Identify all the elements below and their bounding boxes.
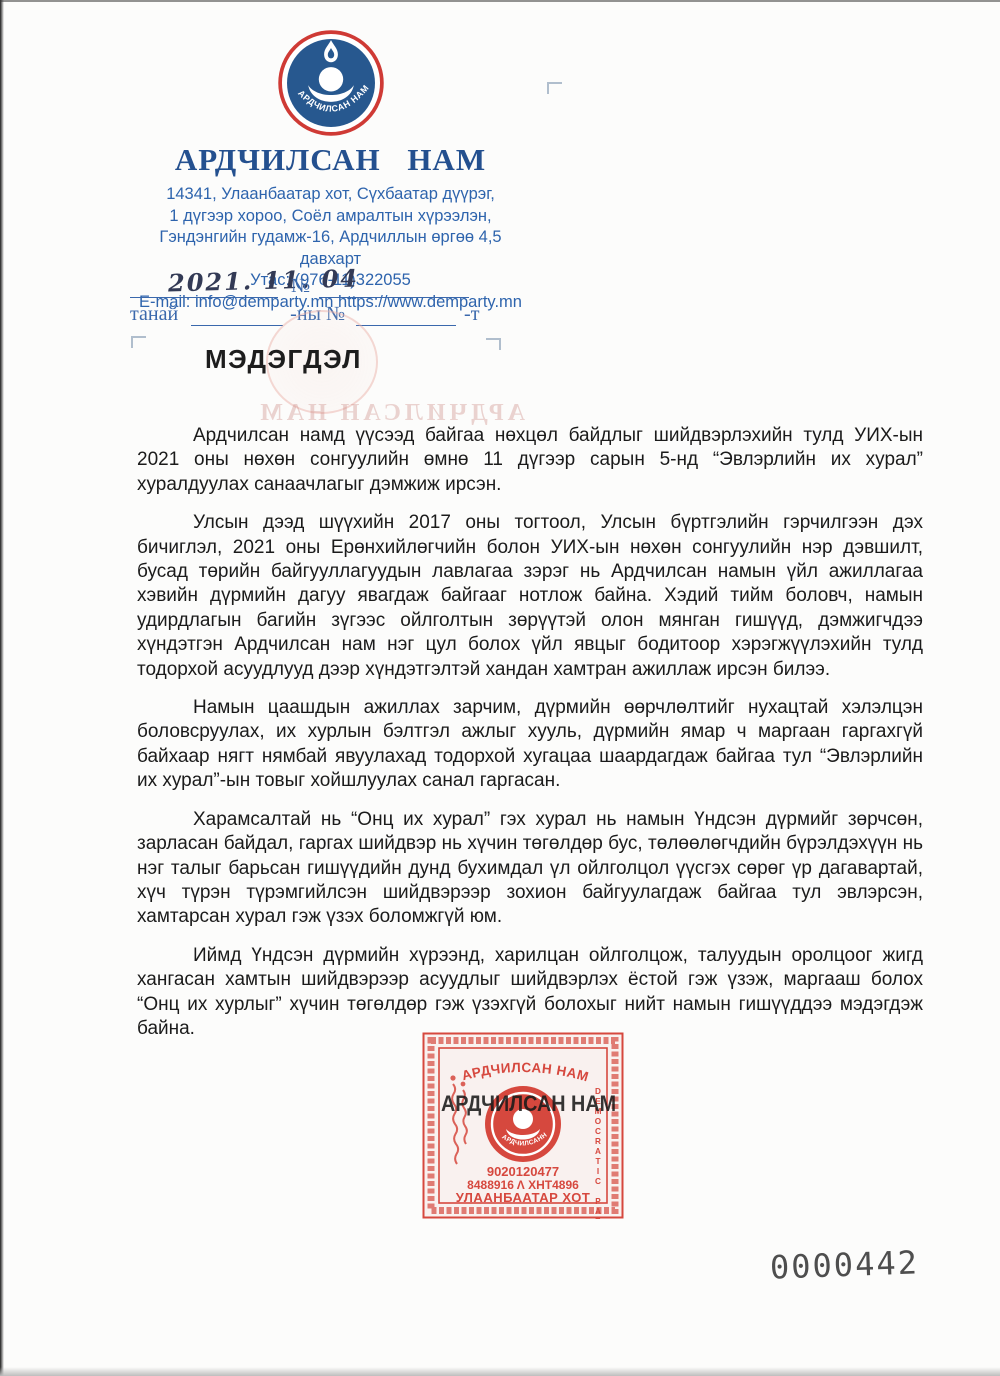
party-seal-stamp: АРДЧИЛСАН НАМ DEMOCRATIC PARTY АРДЧИЛСАН… [422, 1032, 624, 1219]
scanned-letter-page: АРДЧИЛСАН НАМ АРДЧИЛСАН НАМ 14341, Улаан… [0, 0, 1000, 1376]
scan-edge-top [0, 0, 1000, 2]
corner-mark-icon [486, 338, 501, 350]
date-blank-line [130, 279, 278, 298]
address-line: 14341, Улаанбаатар хот, Сүхбаатар дүүрэг… [133, 184, 528, 206]
party-title: АРДЧИЛСАН НАМ [133, 142, 528, 178]
body-paragraph: Улсын дээд шүүхийн 2017 оны тогтоол, Улс… [137, 511, 923, 682]
recipient-number-blank-line [356, 307, 456, 326]
corner-mark-icon [547, 82, 562, 94]
recipient-blank-line [191, 307, 283, 326]
body-paragraph: Намын цаашдын ажиллах зарчим, дүрмийн өө… [137, 696, 923, 794]
no-symbol: № [291, 275, 310, 297]
date-number-row: № [130, 275, 469, 298]
scan-edge-bottom [0, 1367, 1000, 1376]
corner-mark-icon [131, 336, 146, 348]
stamp-city: УЛААНБААТАР ХОТ [456, 1190, 591, 1205]
party-logo-icon: АРДЧИЛСАН НАМ [278, 30, 384, 136]
body-paragraph: Ардчилсан намд үүсээд байгаа нөхцөл байд… [137, 424, 923, 497]
recipient-prefix: танай [130, 303, 178, 325]
recipient-suffix: -т [464, 303, 479, 325]
doc-title: МЭДЭГДЭЛ [205, 344, 362, 375]
letter-body: Ардчилсан намд үүсээд байгаа нөхцөл байд… [137, 424, 923, 1055]
ghost-mirrored-text: АРДЧИЛСАН НАМ [195, 400, 525, 427]
scan-edge-left [0, 0, 4, 1376]
body-paragraph: Харамсалтай нь “Онц их хурал” гэх хурал … [137, 808, 923, 930]
body-paragraph: Иймд Үндсэн дүрмийн хүрээнд, харилцан ой… [137, 944, 923, 1042]
stamp-reg-number: 9020120477 [487, 1164, 559, 1179]
printed-party-name-overlay: АРДЧИЛСАН НАМ [441, 1091, 612, 1117]
number-blank-line [319, 279, 469, 298]
address-line: 1 дүгээр хороо, Соёл амралтын хүрээлэн, [133, 206, 528, 228]
serial-number: 0000442 [769, 1243, 919, 1286]
